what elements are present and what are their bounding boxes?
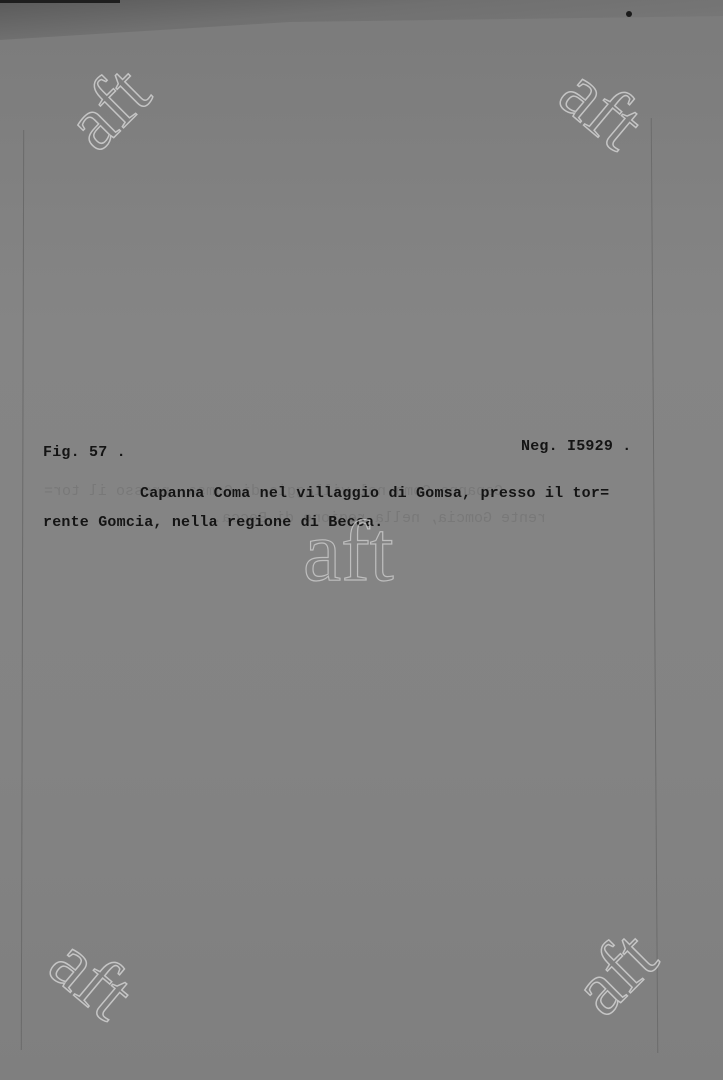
watermark-bottom-right: aft (560, 918, 670, 1028)
caption-line-1: Capanna Coma nel villaggio di Gomsa, pre… (140, 485, 609, 502)
watermark-top-left: aft (53, 53, 163, 163)
scan-border (0, 0, 120, 3)
watermark-center: aft (303, 508, 394, 594)
figure-label: Fig. 57 . (43, 444, 126, 461)
page-top-edge (0, 0, 723, 40)
scanned-page: Capanna Coma nel villaggio di Gomsa, pre… (0, 0, 723, 1080)
left-margin-line (21, 130, 24, 1050)
ink-spot (626, 11, 632, 17)
watermark-bottom-left: aft (37, 923, 147, 1033)
right-margin-line (651, 118, 659, 1053)
negative-number: Neg. I5929 . (521, 438, 631, 455)
watermark-top-right: aft (547, 53, 657, 163)
